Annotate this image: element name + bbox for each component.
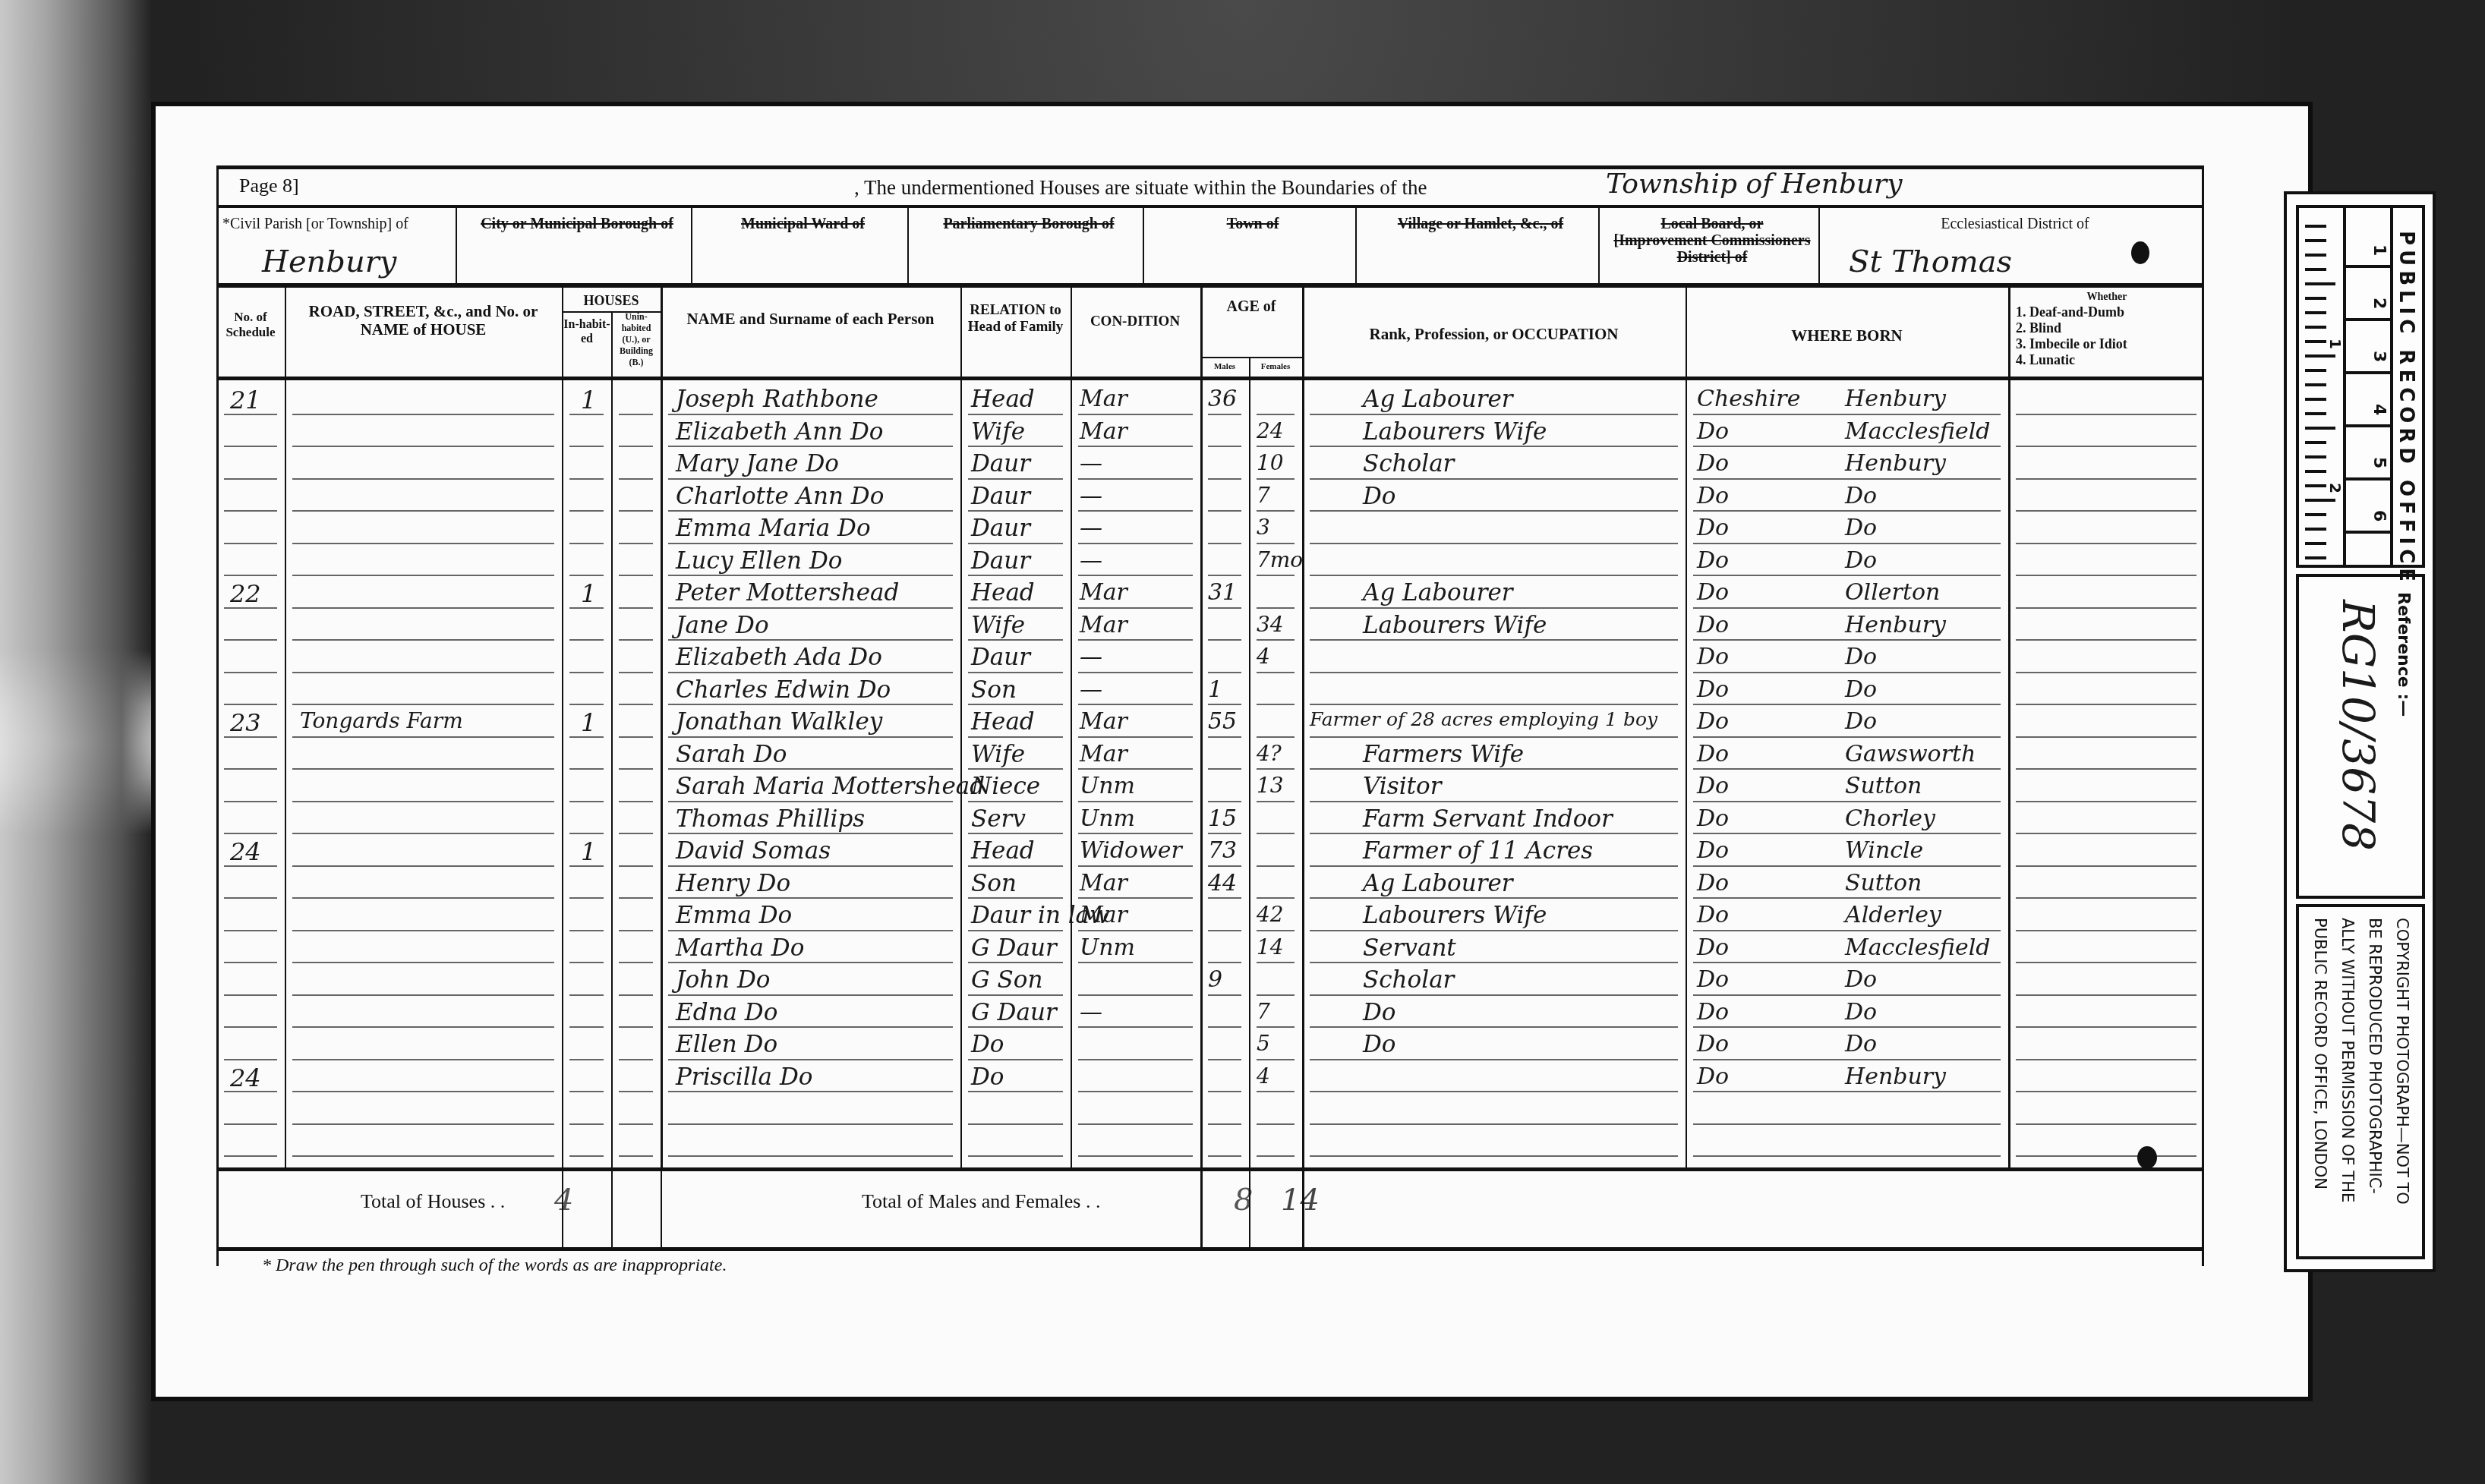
cell-name: Sarah Maria Mottershead bbox=[676, 773, 985, 800]
cell-name: Emma Maria Do bbox=[676, 515, 871, 542]
cell-condition: Mar bbox=[1080, 741, 1127, 767]
cell-name: Emma Do bbox=[676, 902, 792, 929]
table-row bbox=[216, 1126, 2204, 1159]
cell-occupation: Do bbox=[1363, 483, 1396, 510]
cell-relation: Serv bbox=[971, 805, 1026, 833]
cell-male-age: 15 bbox=[1208, 805, 1237, 832]
column-header: HOUSES bbox=[562, 293, 661, 309]
table-row: Martha DoG DaurUnm14ServantDoMacclesfiel… bbox=[216, 933, 2204, 966]
cell-name: Henry Do bbox=[676, 870, 790, 897]
ink-blot bbox=[2131, 241, 2149, 264]
census-form: Page 8] , The undermentioned Houses are … bbox=[216, 165, 2204, 1266]
cell-condition: — bbox=[1080, 676, 1102, 703]
cell-male-age: 44 bbox=[1208, 870, 1237, 896]
cell-occupation: Ag Labourer bbox=[1363, 386, 1513, 413]
district-label: Ecclesiastical District of bbox=[1834, 216, 2196, 232]
cell-born-county: Do bbox=[1697, 1031, 1729, 1057]
cell-born-place: Henbury bbox=[1845, 450, 1946, 477]
cell-relation: Wife bbox=[971, 741, 1025, 768]
column-header: Rank, Profession, or OCCUPATION bbox=[1310, 325, 1678, 343]
cell-born-county: Do bbox=[1697, 612, 1729, 638]
ruler-cm-label: 1 bbox=[2370, 244, 2389, 256]
table-row: 241David SomasHeadWidower73Farmer of 11 … bbox=[216, 836, 2204, 868]
copyright-line: PUBLIC RECORD OFFICE, LONDON bbox=[2311, 918, 2329, 1189]
cell-name: Charlotte Ann Do bbox=[676, 483, 884, 510]
cell-name: Edna Do bbox=[676, 999, 777, 1026]
cell-relation: Head bbox=[971, 579, 1035, 607]
cell-relation: Head bbox=[971, 708, 1035, 736]
cell-occupation: Ag Labourer bbox=[1363, 579, 1513, 607]
copyright-line: COPYRIGHT PHOTOGRAPH—NOT TO bbox=[2393, 918, 2411, 1205]
column-header: In-habit-ed bbox=[563, 317, 610, 346]
cell-born-county: Do bbox=[1697, 934, 1729, 961]
cell-female-age: 14 bbox=[1257, 934, 1284, 959]
cell-relation: Do bbox=[971, 1031, 1004, 1058]
total-females-value: 14 bbox=[1281, 1183, 1320, 1218]
cell-female-age: 5 bbox=[1257, 1031, 1270, 1056]
district-label: *Civil Parish [or Township] of bbox=[222, 216, 439, 232]
cell-male-age: 36 bbox=[1208, 386, 1237, 412]
cell-male-age: 1 bbox=[1208, 676, 1222, 703]
cell-relation: Head bbox=[971, 386, 1035, 413]
column-header: CON-DITION bbox=[1074, 313, 1196, 330]
cell-occupation: Farmer of 11 Acres bbox=[1363, 837, 1593, 865]
cell-occupation: Ag Labourer bbox=[1363, 870, 1513, 897]
cell-condition: Mar bbox=[1080, 708, 1127, 735]
cell-condition: — bbox=[1080, 450, 1102, 477]
column-header: Whether bbox=[2012, 291, 2202, 304]
cell-name: Joseph Rathbone bbox=[676, 386, 878, 413]
cell-born-county: Do bbox=[1697, 418, 1729, 445]
district-cell: *Civil Parish [or Township] ofHenbury bbox=[216, 208, 456, 284]
cell-born-place: Henbury bbox=[1845, 1063, 1946, 1090]
cell-born-place: Ollerton bbox=[1845, 579, 1940, 606]
cell-schedule: 23 bbox=[230, 708, 261, 737]
district-label: Parliamentary Borough of bbox=[922, 216, 1135, 232]
column-header: NAME and Surname of each Person bbox=[683, 310, 938, 328]
cell-born-place: Sutton bbox=[1845, 773, 1922, 799]
cell-born-county: Do bbox=[1697, 870, 1729, 896]
cell-female-age: 3 bbox=[1257, 515, 1270, 540]
table-row: Sarah Maria MottersheadNieceUnm13Visitor… bbox=[216, 771, 2204, 804]
column-header: Females bbox=[1249, 361, 1302, 372]
cell-female-age: 7 bbox=[1257, 483, 1270, 508]
cell-born-place: Do bbox=[1845, 966, 1877, 993]
page-number: Page 8] bbox=[239, 175, 299, 197]
table-row: Thomas PhillipsServUnm15Farm Servant Ind… bbox=[216, 804, 2204, 837]
cell-name: Martha Do bbox=[676, 934, 804, 962]
office-label: PUBLIC RECORD OFFICE bbox=[2395, 231, 2417, 586]
total-persons-label: Total of Males and Females . . bbox=[862, 1190, 1100, 1213]
ruler-inch-label: 2 bbox=[2326, 483, 2345, 493]
ruler-inch-label: 1 bbox=[2326, 339, 2345, 349]
infirmity-option: 3. Imbecile or Idiot bbox=[2016, 336, 2127, 352]
column-header: RELATION to Head of Family bbox=[964, 302, 1067, 336]
cell-relation: Head bbox=[971, 837, 1035, 865]
cell-relation: Wife bbox=[971, 418, 1025, 446]
cell-female-age: 42 bbox=[1257, 902, 1284, 927]
cell-female-age: 4 bbox=[1257, 1063, 1270, 1089]
cell-born-place: Henbury bbox=[1845, 386, 1946, 412]
cell-born-place: Do bbox=[1845, 547, 1877, 574]
cell-condition: — bbox=[1080, 644, 1102, 670]
cell-name: Elizabeth Ada Do bbox=[676, 644, 882, 671]
scale-ruler: 12345612 PUBLIC RECORD OFFICE bbox=[2296, 205, 2425, 568]
cell-occupation: Farm Servant Indoor bbox=[1363, 805, 1613, 833]
cell-female-age: 4? bbox=[1257, 741, 1282, 766]
cell-female-age: 4 bbox=[1257, 644, 1270, 669]
boundaries-caption: , The undermentioned Houses are situate … bbox=[854, 176, 1427, 200]
cell-condition: Unm bbox=[1080, 934, 1135, 961]
cell-relation: G Son bbox=[971, 966, 1042, 994]
cell-born-place: Alderley bbox=[1845, 902, 1941, 928]
cell-female-age: 7 bbox=[1257, 999, 1270, 1024]
cell-occupation: Labourers Wife bbox=[1363, 902, 1547, 929]
table-row: 221Peter MottersheadHeadMar31Ag Labourer… bbox=[216, 578, 2204, 610]
cell-condition: Mar bbox=[1080, 579, 1127, 606]
cell-occupation: Labourers Wife bbox=[1363, 612, 1547, 639]
column-header: Males bbox=[1200, 361, 1249, 372]
cell-condition: — bbox=[1080, 999, 1102, 1026]
infirmity-option: 2. Blind bbox=[2016, 320, 2061, 336]
cell-occupation: Do bbox=[1363, 1031, 1396, 1058]
cell-born-county: Do bbox=[1697, 708, 1729, 735]
ruler-cm-label: 6 bbox=[2370, 510, 2389, 521]
cell-name: Jonathan Walkley bbox=[676, 708, 882, 736]
cell-born-place: Wincle bbox=[1845, 837, 1923, 864]
reference-box: Reference :— RG10/3678 bbox=[2296, 574, 2425, 899]
cell-born-place: Chorley bbox=[1845, 805, 1935, 832]
total-houses-value: 4 bbox=[554, 1183, 573, 1218]
cell-name: Lucy Ellen Do bbox=[676, 547, 842, 575]
table-row: Charles Edwin DoSon—1DoDo bbox=[216, 675, 2204, 707]
cell-born-county: Do bbox=[1697, 515, 1729, 541]
table-row: Emma Maria DoDaur—3DoDo bbox=[216, 513, 2204, 546]
cell-born-county: Do bbox=[1697, 805, 1729, 832]
cell-name: Peter Mottershead bbox=[676, 579, 899, 607]
ruler-cm-label: 5 bbox=[2370, 457, 2389, 468]
copyright-line: BE REPRODUCED PHOTOGRAPHIC- bbox=[2366, 918, 2384, 1194]
cell-condition: Mar bbox=[1080, 902, 1127, 928]
total-houses-label: Total of Houses . . bbox=[361, 1190, 505, 1213]
cell-occupation: Visitor bbox=[1363, 773, 1442, 800]
cell-born-county: Do bbox=[1697, 676, 1729, 703]
cell-occupation: Servant bbox=[1363, 934, 1456, 962]
cell-born-place: Do bbox=[1845, 644, 1877, 670]
district-cell: Town of bbox=[1143, 208, 1355, 284]
cell-relation: Do bbox=[971, 1063, 1004, 1091]
cell-female-age: 13 bbox=[1257, 773, 1284, 798]
cell-relation: Wife bbox=[971, 612, 1025, 639]
cell-name: Thomas Phillips bbox=[676, 805, 865, 833]
cell-name: Mary Jane Do bbox=[676, 450, 839, 477]
cell-condition: — bbox=[1080, 515, 1102, 541]
cell-inhabited: 1 bbox=[581, 837, 596, 866]
ruler-cm-label: 2 bbox=[2370, 298, 2389, 309]
district-label: Town of bbox=[1158, 216, 1348, 232]
cell-born-place: Do bbox=[1845, 999, 1877, 1026]
cell-born-county: Do bbox=[1697, 450, 1729, 477]
cell-schedule: 21 bbox=[230, 386, 261, 414]
cell-born-place: Gawsworth bbox=[1845, 741, 1976, 767]
cell-name: John Do bbox=[676, 966, 770, 994]
copyright-line: ALLY WITHOUT PERMISSION OF THE bbox=[2338, 918, 2357, 1202]
table-row: Lucy Ellen DoDaur—7moDoDo bbox=[216, 546, 2204, 578]
cell-relation: Daur bbox=[971, 450, 1030, 477]
district-cell: Village or Hamlet, &c., of bbox=[1355, 208, 1598, 284]
cell-relation: Daur bbox=[971, 515, 1030, 542]
table-row: Edna DoG Daur—7DoDoDo bbox=[216, 997, 2204, 1030]
table-row bbox=[216, 1094, 2204, 1126]
district-cell: Parliamentary Borough of bbox=[907, 208, 1143, 284]
cell-inhabited: 1 bbox=[581, 386, 596, 414]
cell-occupation: Scholar bbox=[1363, 966, 1454, 994]
cell-name: Jane Do bbox=[676, 612, 769, 639]
cell-relation: Son bbox=[971, 870, 1017, 897]
table-row: Elizabeth Ada DoDaur—4DoDo bbox=[216, 642, 2204, 675]
table-row: Charlotte Ann DoDaur—7DoDoDo bbox=[216, 481, 2204, 514]
cell-relation: G Daur bbox=[971, 934, 1057, 962]
cell-female-age: 10 bbox=[1257, 450, 1284, 475]
cell-born-county: Cheshire bbox=[1697, 386, 1800, 412]
cell-born-county: Do bbox=[1697, 966, 1729, 993]
cell-condition: Unm bbox=[1080, 773, 1135, 799]
column-header: No. of Schedule bbox=[219, 310, 282, 340]
cell-male-age: 31 bbox=[1208, 579, 1237, 606]
district-label: City or Municipal Borough of bbox=[471, 216, 683, 232]
cell-relation: Daur bbox=[971, 644, 1030, 671]
cell-born-county: Do bbox=[1697, 999, 1729, 1026]
infirmity-option: 1. Deaf-and-Dumb bbox=[2016, 304, 2124, 320]
cell-male-age: 9 bbox=[1208, 966, 1222, 993]
copyright-notice: COPYRIGHT PHOTOGRAPH—NOT TOBE REPRODUCED… bbox=[2296, 904, 2425, 1259]
cell-male-age: 73 bbox=[1208, 837, 1237, 864]
cell-name: Ellen Do bbox=[676, 1031, 777, 1058]
district-cell: Local Board, or [Improvement Commissione… bbox=[1598, 208, 1818, 284]
column-header: Unin-habited (U.), or Building (B.) bbox=[613, 311, 660, 368]
district-label: Municipal Ward of bbox=[706, 216, 900, 232]
table-row: 24Priscilla DoDo4DoHenbury bbox=[216, 1062, 2204, 1095]
cell-schedule: 24 bbox=[230, 837, 261, 866]
cell-occupation: Do bbox=[1363, 999, 1396, 1026]
cell-born-place: Do bbox=[1845, 483, 1877, 509]
cell-name: David Somas bbox=[676, 837, 831, 865]
ruler-cm-label: 3 bbox=[2370, 351, 2389, 362]
reference-value: RG10/3678 bbox=[2332, 600, 2384, 851]
cell-relation: Niece bbox=[971, 773, 1040, 800]
ink-blot bbox=[2137, 1146, 2157, 1169]
cell-occupation: Labourers Wife bbox=[1363, 418, 1547, 446]
cell-inhabited: 1 bbox=[581, 708, 596, 737]
cell-born-place: Macclesfield bbox=[1845, 934, 1991, 961]
cell-name: Sarah Do bbox=[676, 741, 787, 768]
reference-label: Reference :— bbox=[2394, 592, 2413, 717]
cell-born-county: Do bbox=[1697, 741, 1729, 767]
cell-relation: Daur bbox=[971, 483, 1030, 510]
cell-female-age: 7mo bbox=[1257, 547, 1303, 572]
footnote: * Draw the pen through such of the words… bbox=[262, 1256, 727, 1276]
cell-male-age: 55 bbox=[1208, 708, 1237, 735]
table-row: Ellen DoDo5DoDoDo bbox=[216, 1029, 2204, 1062]
district-cell: Municipal Ward of bbox=[691, 208, 907, 284]
district-cell: City or Municipal Borough of bbox=[456, 208, 691, 284]
cell-born-place: Do bbox=[1845, 1031, 1877, 1057]
cell-born-place: Do bbox=[1845, 515, 1877, 541]
cell-born-county: Do bbox=[1697, 579, 1729, 606]
table-row: Sarah DoWifeMar4?Farmers WifeDoGawsworth bbox=[216, 739, 2204, 772]
boundaries-value: Township of Henbury bbox=[1606, 169, 1903, 200]
cell-born-county: Do bbox=[1697, 1063, 1729, 1090]
district-value: Henbury bbox=[262, 244, 396, 279]
cell-relation: Son bbox=[971, 676, 1017, 704]
table-row: John DoG Son9ScholarDoDo bbox=[216, 965, 2204, 997]
cell-female-age: 24 bbox=[1257, 418, 1284, 443]
cell-condition: — bbox=[1080, 483, 1102, 509]
table-row: Henry DoSonMar44Ag LabourerDoSutton bbox=[216, 868, 2204, 901]
table-row: Jane DoWifeMar34Labourers WifeDoHenbury bbox=[216, 610, 2204, 643]
cell-relation: Daur bbox=[971, 547, 1030, 575]
cell-condition: — bbox=[1080, 547, 1102, 574]
cell-road: Tongards Farm bbox=[300, 708, 463, 733]
district-value: St Thomas bbox=[1849, 244, 2012, 279]
table-row: 211Joseph RathboneHeadMar36Ag LabourerCh… bbox=[216, 384, 2204, 417]
cell-relation: G Daur bbox=[971, 999, 1057, 1026]
cell-condition: Widower bbox=[1080, 837, 1182, 864]
cell-born-place: Macclesfield bbox=[1845, 418, 1991, 445]
reference-strip: 12345612 PUBLIC RECORD OFFICE Reference … bbox=[2284, 191, 2436, 1272]
cell-name: Priscilla Do bbox=[676, 1063, 812, 1091]
infirmity-option: 4. Lunatic bbox=[2016, 352, 2075, 368]
cell-born-county: Do bbox=[1697, 902, 1729, 928]
cell-schedule: 22 bbox=[230, 579, 261, 608]
column-header: AGE of bbox=[1204, 298, 1298, 316]
column-header: WHERE BORN bbox=[1693, 326, 2001, 345]
column-header: ROAD, STREET, &c., and No. or NAME of HO… bbox=[292, 302, 554, 339]
cell-born-place: Do bbox=[1845, 676, 1877, 703]
cell-name: Elizabeth Ann Do bbox=[676, 418, 883, 446]
cell-born-county: Do bbox=[1697, 773, 1729, 799]
cell-schedule: 24 bbox=[230, 1063, 261, 1092]
cell-born-place: Sutton bbox=[1845, 870, 1922, 896]
table-row: Mary Jane DoDaur—10ScholarDoHenbury bbox=[216, 449, 2204, 481]
district-label: Local Board, or [Improvement Commissione… bbox=[1613, 216, 1811, 266]
cell-condition: Mar bbox=[1080, 870, 1127, 896]
cell-name: Charles Edwin Do bbox=[676, 676, 891, 704]
census-page: Page 8] , The undermentioned Houses are … bbox=[156, 106, 2308, 1397]
cell-condition: Mar bbox=[1080, 612, 1127, 638]
cell-occupation: Farmer of 28 acres employing 1 boy bbox=[1310, 708, 1657, 730]
cell-condition: Unm bbox=[1080, 805, 1135, 832]
cell-condition: Mar bbox=[1080, 386, 1127, 412]
district-label: Village or Hamlet, &c., of bbox=[1370, 216, 1591, 232]
table-row: 23Tongards Farm1Jonathan WalkleyHeadMar5… bbox=[216, 707, 2204, 739]
ruler-cm-label: 4 bbox=[2370, 404, 2389, 415]
cell-condition: Mar bbox=[1080, 418, 1127, 445]
cell-inhabited: 1 bbox=[581, 579, 596, 608]
cell-occupation: Farmers Wife bbox=[1363, 741, 1524, 768]
cell-born-county: Do bbox=[1697, 837, 1729, 864]
cell-born-place: Henbury bbox=[1845, 612, 1946, 638]
table-row: Emma DoDaur in lawMar42Labourers WifeDoA… bbox=[216, 900, 2204, 933]
cell-occupation: Scholar bbox=[1363, 450, 1454, 477]
cell-female-age: 34 bbox=[1257, 612, 1284, 637]
cell-born-county: Do bbox=[1697, 483, 1729, 509]
cell-born-county: Do bbox=[1697, 547, 1729, 574]
cell-born-place: Do bbox=[1845, 708, 1877, 735]
table-row: Elizabeth Ann DoWifeMar24Labourers WifeD… bbox=[216, 417, 2204, 449]
cell-born-county: Do bbox=[1697, 644, 1729, 670]
